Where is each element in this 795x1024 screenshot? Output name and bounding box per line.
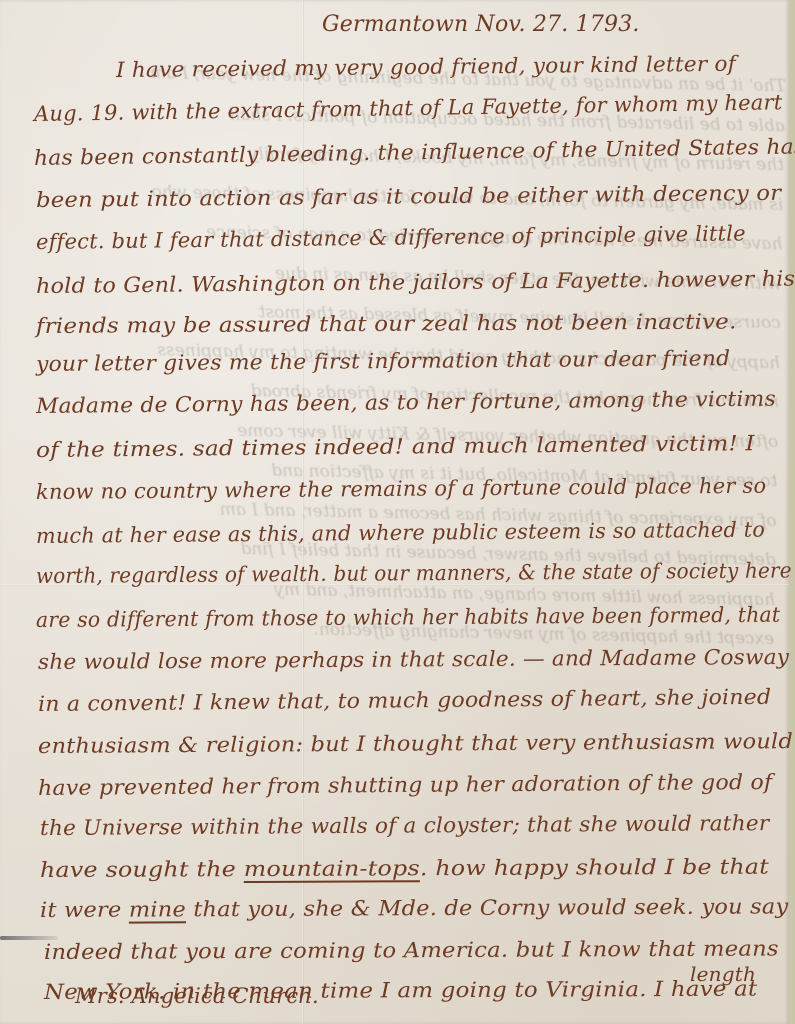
- catchword: length: [690, 962, 756, 986]
- text-segment: have sought the: [40, 857, 244, 882]
- text-segment: . how happy should I be that: [420, 855, 769, 881]
- underlined-word: mine: [129, 897, 186, 921]
- letter-line: she would lose more perhaps in that scal…: [38, 645, 789, 674]
- letter-line: the Universe within the walls of a cloys…: [40, 811, 770, 840]
- letter-line: it were mine that you, she & Mde. de Cor…: [40, 894, 789, 922]
- letter-line: enthusiasm & religion: but I thought tha…: [38, 729, 793, 758]
- addressee: Mrs. Angelica Church.: [75, 984, 319, 1008]
- text-segment: it were: [40, 898, 129, 922]
- letter-line: friends may be assured that our zeal has…: [36, 310, 737, 338]
- underlined-word: mountain-tops: [244, 856, 420, 881]
- letter-scan: Tho' it be an advantage to you that to t…: [0, 0, 795, 1024]
- letter-line: have sought the mountain-tops. how happy…: [40, 855, 769, 882]
- dateline: Germantown Nov. 27. 1793.: [322, 12, 640, 37]
- letter-line: indeed that you are coming to America. b…: [44, 936, 779, 964]
- text-segment: that you, she & Mde. de Corny would seek…: [186, 894, 789, 921]
